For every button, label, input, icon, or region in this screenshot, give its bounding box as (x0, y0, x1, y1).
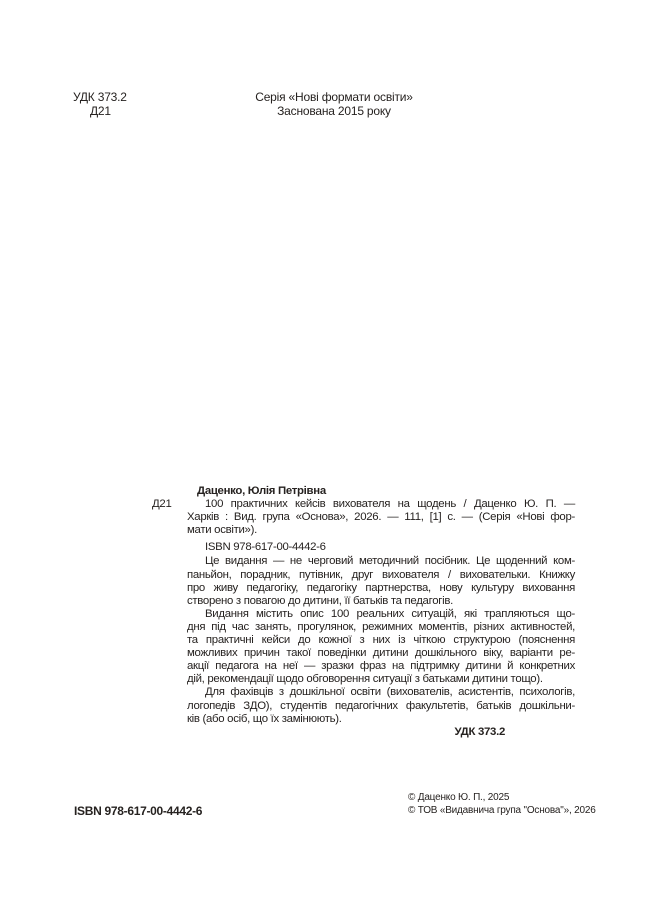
card-bibliographic-entry: 100 практичних кейсів вихователя на щоде… (187, 498, 575, 537)
annotation-paragraph-1: Це видання — не черговий методичний посі… (187, 555, 575, 607)
series-title: Серія «Нові формати освіти» (174, 90, 494, 104)
card-author-sign: Д21 (152, 498, 171, 511)
footer-isbn: ISBN 978-617-00-4442-6 (74, 804, 202, 818)
annotation-paragraph-2: Видання містить опис 100 реальних ситуац… (187, 608, 575, 687)
card-author-name: Даценко, Юлія Петрівна (187, 485, 575, 498)
catalog-card: Д21 Даценко, Юлія Петрівна 100 практични… (187, 485, 575, 739)
copyright-publisher: © ТОВ «Видавнича група "Основа"», 2026 (408, 805, 596, 818)
author-sign: Д21 (73, 104, 127, 118)
series-block: Серія «Нові формати освіти» Заснована 20… (174, 90, 494, 118)
book-imprint-page: УДК 373.2 Д21 Серія «Нові формати освіти… (0, 0, 650, 900)
udc-block: УДК 373.2 Д21 (73, 90, 127, 118)
card-isbn: ISBN 978-617-00-4442-6 (187, 541, 575, 554)
udc-number: УДК 373.2 (73, 90, 127, 104)
copyright-block: © Даценко Ю. П., 2025 © ТОВ «Видавнича г… (408, 792, 596, 818)
series-founded: Заснована 2015 року (174, 104, 494, 118)
copyright-author: © Даценко Ю. П., 2025 (408, 792, 596, 805)
annotation-paragraph-3: Для фахівців з дошкільної освіти (вихова… (187, 686, 575, 725)
udc-footer: УДК 373.2 (187, 726, 575, 739)
